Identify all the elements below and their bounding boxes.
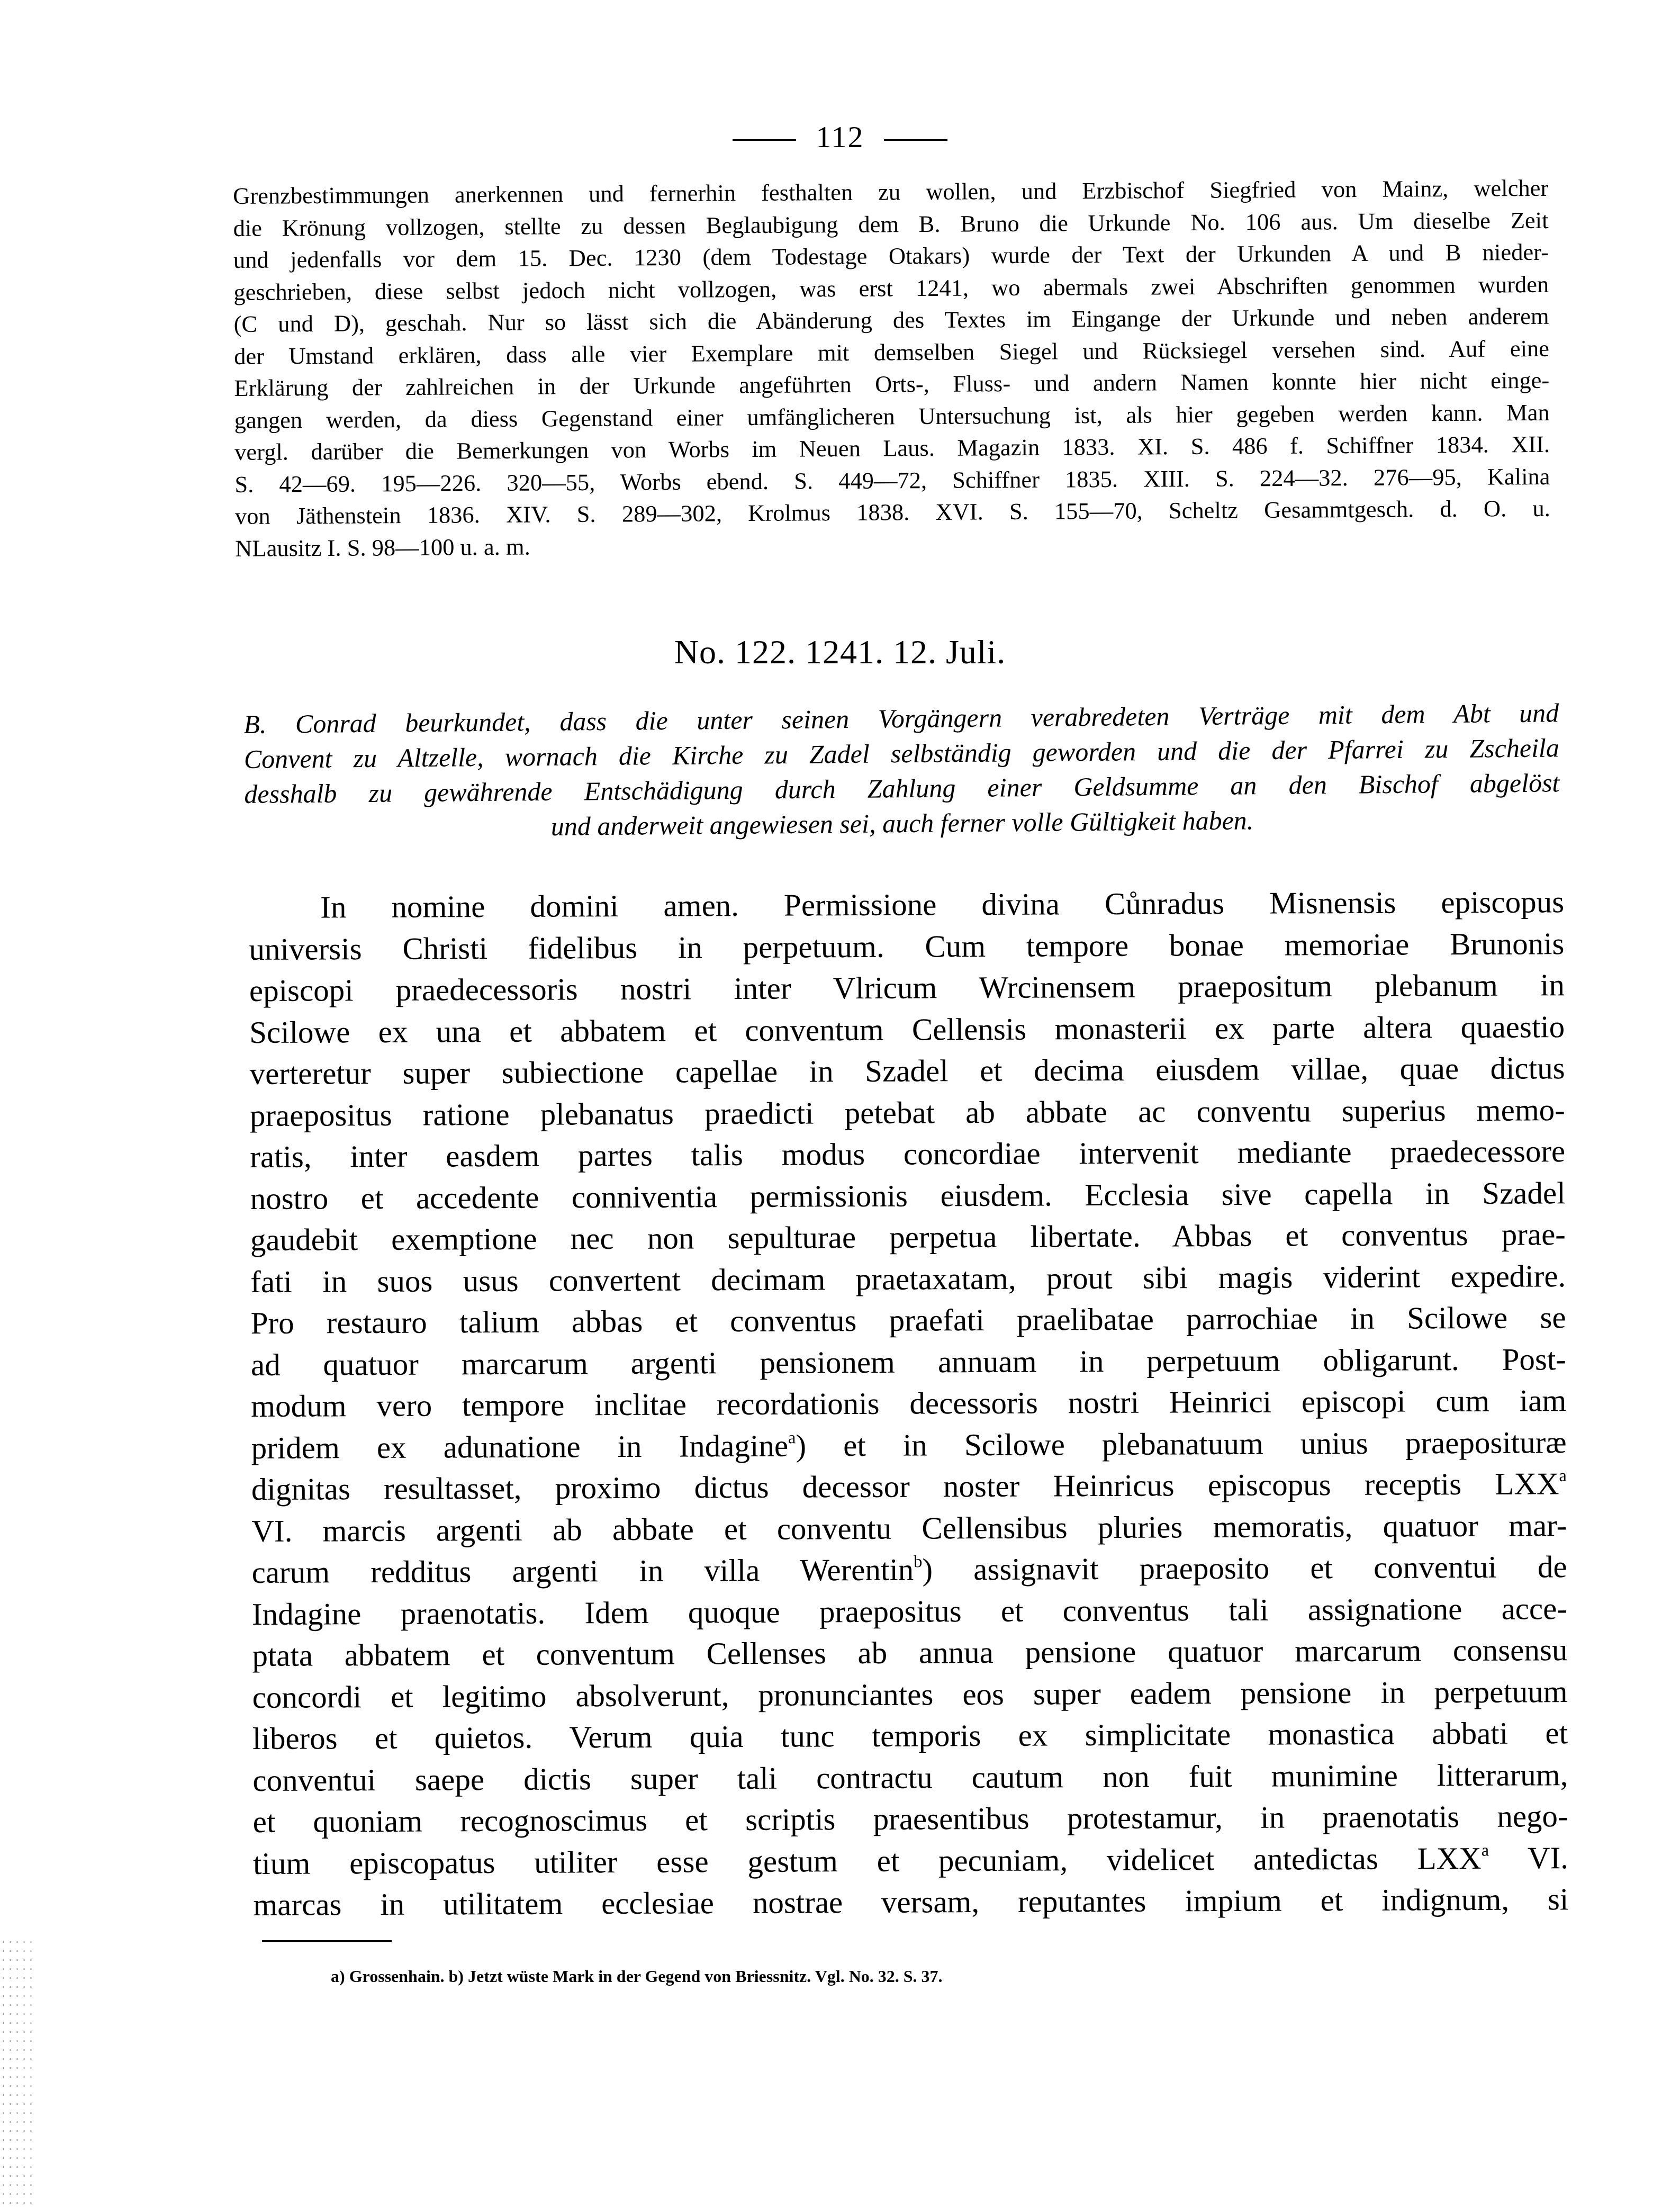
- footnote-ref-b[interactable]: b: [914, 1552, 922, 1571]
- document-heading: No. 122. 1241. 12. Juli.: [0, 633, 1680, 672]
- body-line: In nomine domini amen. Permissione divin…: [249, 881, 1564, 928]
- body-line: fati in suos usus convertent decimam pra…: [250, 1255, 1566, 1302]
- body-line: Indagine praenotatis. Idem quoque praepo…: [252, 1588, 1567, 1635]
- footnotes: a) Grossenhain. b) Jetzt wüste Mark in d…: [331, 1967, 943, 1986]
- body-line: liberos et quietos. Verum quia tunc temp…: [252, 1712, 1568, 1759]
- body-text-segment: tium episcopatus utiliter esse gestum et…: [253, 1840, 1482, 1880]
- header-dash-right: [884, 139, 947, 141]
- document-regest: B. Conrad beurkundet, dass die unter sei…: [243, 695, 1560, 846]
- body-text-segment: ) assignavit praeposito et conventui de: [922, 1549, 1567, 1587]
- body-line: ratis, inter easdem partes talis modus c…: [250, 1130, 1565, 1177]
- previous-document-notes: Grenzbestimmungen anerkennen und fernerh…: [233, 172, 1550, 564]
- body-text-segment: dignitas resultasset, proximo dictus dec…: [251, 1466, 1559, 1507]
- superscript-a: a: [1482, 1841, 1489, 1860]
- body-line: tium episcopatus utiliter esse gestum et…: [253, 1837, 1568, 1884]
- body-line: et quoniam recognoscimus et scriptis pra…: [253, 1795, 1568, 1842]
- body-text-segment: carum redditus argenti in villa Werentin: [252, 1552, 914, 1590]
- body-text-segment: pridem ex adunatione in Indagine: [251, 1428, 788, 1465]
- page-number: 112: [816, 120, 864, 154]
- body-line: marcas in utilitatem ecclesiae nostrae v…: [253, 1878, 1568, 1925]
- body-line: pridem ex adunatione in Indaginea) et in…: [251, 1421, 1566, 1469]
- body-line: Scilowe ex una et abbatem et conventum C…: [249, 1006, 1565, 1053]
- footnote-divider: [262, 1940, 392, 1942]
- body-line: Pro restauro talium abbas et conventus p…: [250, 1296, 1566, 1344]
- body-line: episcopi praedecessoris nostri inter Vlr…: [249, 964, 1565, 1011]
- body-line: conventui saepe dictis super tali contra…: [252, 1754, 1568, 1801]
- body-line: gaudebit exemptione nec non sepulturae p…: [250, 1213, 1566, 1260]
- scan-noise-margin: [0, 1938, 32, 2207]
- body-line: carum redditus argenti in villa Werentin…: [251, 1546, 1567, 1593]
- footnote-ref-a[interactable]: a: [788, 1428, 796, 1447]
- body-line: ad quatuor marcarum argenti pensionem an…: [251, 1338, 1566, 1385]
- header-dash-left: [733, 139, 796, 141]
- body-line: universis Christi fidelibus in perpetuum…: [249, 923, 1564, 970]
- body-line: ptata abbatem et conventum Cellenses ab …: [252, 1629, 1567, 1676]
- body-line: nostro et accedente conniventia permissi…: [250, 1172, 1565, 1219]
- charter-body-text: In nomine domini amen. Permissione divin…: [249, 881, 1569, 1925]
- body-line: concordi et legitimo absolverunt, pronun…: [252, 1671, 1568, 1718]
- body-line: praepositus ratione plebanatus praedicti…: [250, 1089, 1565, 1136]
- body-text-segment: VI.: [1489, 1840, 1568, 1876]
- body-text-segment: ) et in Scilowe plebanatuum unius praepo…: [796, 1425, 1566, 1463]
- body-line: verteretur super subiectione capellae in…: [249, 1047, 1565, 1094]
- body-line: VI. marcis argenti ab abbate et conventu…: [251, 1505, 1567, 1552]
- page-number-header: 112: [0, 119, 1680, 155]
- body-line: modum vero tempore inclitae recordationi…: [251, 1380, 1566, 1427]
- superscript-a: a: [1559, 1466, 1567, 1485]
- body-line: dignitas resultasset, proximo dictus dec…: [251, 1463, 1567, 1510]
